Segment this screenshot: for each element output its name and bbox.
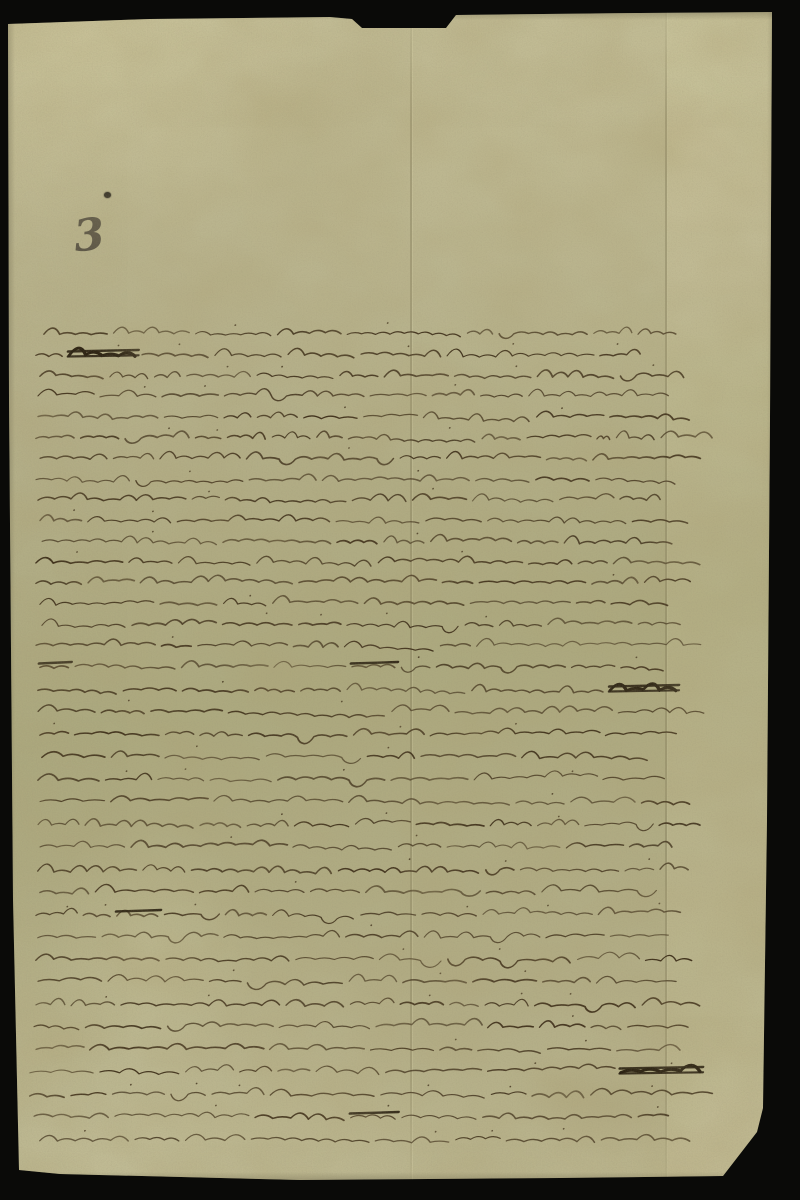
i-dot	[509, 1086, 511, 1088]
word-stroke	[140, 575, 294, 584]
word-stroke	[473, 979, 537, 982]
word-stroke	[37, 689, 117, 694]
word-stroke	[162, 394, 218, 397]
word-stroke	[465, 623, 494, 627]
i-dot	[234, 324, 236, 326]
word-stroke	[38, 864, 138, 872]
word-stroke	[520, 868, 619, 872]
word-stroke	[39, 662, 72, 664]
word-stroke	[142, 865, 186, 872]
word-stroke	[546, 458, 587, 461]
paper-stain	[40, 810, 260, 1090]
word-stroke	[35, 476, 130, 483]
word-stroke	[600, 350, 641, 356]
handwriting-line	[36, 574, 692, 584]
handwriting-line	[35, 636, 703, 651]
word-stroke	[356, 819, 412, 824]
i-dot	[84, 1130, 86, 1132]
word-stroke	[571, 797, 636, 803]
i-dot	[266, 612, 268, 614]
word-stroke	[440, 644, 470, 646]
i-dot	[172, 636, 174, 638]
i-dot	[230, 836, 232, 838]
i-dot	[652, 364, 654, 366]
word-stroke	[36, 998, 66, 1004]
word-stroke	[456, 1137, 501, 1140]
word-stroke	[40, 888, 90, 894]
word-stroke	[108, 975, 205, 982]
word-stroke	[155, 372, 182, 378]
word-stroke	[304, 416, 358, 419]
handwriting-line	[37, 488, 662, 503]
i-dot	[130, 1084, 132, 1086]
i-dot	[491, 1130, 493, 1132]
word-stroke	[75, 664, 176, 669]
word-stroke	[547, 1048, 611, 1050]
word-stroke	[350, 1112, 399, 1114]
handwriting-line	[41, 531, 674, 545]
word-stroke	[375, 1137, 450, 1143]
i-dot	[521, 993, 523, 995]
word-stroke	[488, 1064, 616, 1071]
word-stroke	[85, 819, 196, 828]
i-dot	[178, 343, 180, 345]
word-stroke	[416, 823, 485, 826]
word-stroke	[364, 598, 465, 605]
word-stroke	[270, 1089, 376, 1096]
ink-blot	[104, 192, 111, 198]
word-stroke	[380, 1091, 486, 1098]
paper-edge-shadow	[0, 1172, 800, 1182]
word-stroke	[344, 641, 436, 651]
i-dot	[612, 574, 614, 576]
word-stroke	[584, 822, 654, 831]
word-stroke	[71, 1000, 115, 1006]
word-stroke	[625, 868, 654, 871]
page-number: 3	[72, 213, 107, 260]
word-stroke	[178, 557, 252, 566]
word-stroke	[222, 623, 292, 626]
word-stroke	[361, 350, 442, 357]
word-stroke	[117, 910, 159, 916]
word-stroke	[83, 913, 111, 916]
word-stroke	[223, 539, 332, 544]
word-stroke	[34, 1113, 109, 1118]
scanned-letter-page: 3	[0, 0, 800, 1200]
word-stroke	[257, 412, 298, 418]
word-stroke	[532, 1091, 585, 1098]
fold-crease	[410, 0, 412, 1200]
i-dot	[417, 470, 419, 472]
word-stroke	[256, 556, 373, 566]
word-stroke	[348, 796, 511, 805]
word-stroke	[485, 999, 530, 1006]
word-stroke	[518, 541, 559, 544]
word-stroke	[577, 601, 606, 603]
word-stroke	[101, 932, 219, 943]
word-stroke	[361, 912, 416, 915]
word-stroke	[498, 332, 588, 338]
word-stroke	[471, 684, 604, 692]
word-stroke	[151, 709, 223, 712]
word-stroke	[166, 1022, 274, 1031]
word-stroke	[337, 540, 378, 544]
word-stroke	[479, 581, 586, 584]
i-dot	[208, 491, 210, 493]
i-dot	[558, 816, 560, 818]
word-stroke	[301, 688, 341, 691]
word-stroke	[68, 350, 139, 352]
handwriting-line	[36, 768, 666, 787]
word-stroke	[506, 1136, 596, 1142]
handwriting-line	[37, 656, 667, 673]
word-stroke	[40, 666, 69, 669]
i-dot	[196, 745, 198, 747]
word-stroke	[255, 688, 295, 692]
handwriting-line	[37, 406, 692, 421]
word-stroke	[317, 431, 344, 438]
i-dot	[215, 1105, 217, 1107]
word-stroke	[315, 1066, 380, 1074]
word-stroke	[354, 729, 426, 735]
word-stroke	[195, 436, 221, 438]
word-stroke	[88, 517, 172, 523]
word-stroke	[400, 666, 430, 672]
word-stroke	[370, 393, 426, 395]
word-stroke	[38, 493, 187, 501]
i-dot	[572, 1015, 574, 1017]
word-stroke	[131, 840, 288, 847]
word-stroke	[474, 771, 598, 780]
i-dot	[432, 488, 434, 490]
word-stroke	[227, 711, 385, 717]
word-stroke	[322, 475, 470, 481]
word-stroke	[540, 1021, 587, 1027]
word-stroke	[310, 889, 360, 893]
word-stroke	[400, 456, 441, 459]
word-stroke	[488, 1022, 534, 1027]
word-stroke	[182, 661, 269, 668]
i-dot	[427, 1084, 429, 1086]
i-dot	[281, 813, 283, 815]
word-stroke	[338, 866, 480, 873]
i-dot	[226, 366, 228, 368]
handwriting-line	[38, 723, 679, 744]
word-stroke	[293, 641, 339, 647]
handwriting-line	[43, 322, 679, 338]
word-stroke	[271, 910, 356, 924]
word-stroke	[36, 954, 161, 961]
word-stroke	[198, 641, 289, 646]
word-stroke	[426, 518, 482, 522]
i-dot	[651, 1085, 653, 1087]
word-stroke	[40, 598, 155, 605]
word-stroke	[256, 373, 334, 378]
handwriting-line	[37, 812, 703, 830]
i-dot	[454, 384, 456, 386]
word-stroke	[620, 667, 664, 671]
handwriting-line	[39, 1128, 692, 1143]
word-stroke	[36, 435, 75, 438]
word-stroke	[215, 349, 283, 357]
word-stroke	[386, 1069, 482, 1073]
word-stroke	[142, 353, 209, 357]
word-stroke	[158, 778, 205, 781]
word-stroke	[100, 390, 157, 397]
word-stroke	[346, 683, 467, 693]
word-stroke	[472, 494, 554, 502]
i-dot	[387, 1105, 389, 1107]
i-dot	[515, 365, 517, 367]
word-stroke	[30, 1070, 94, 1073]
word-stroke	[402, 1115, 477, 1119]
i-dot	[320, 614, 322, 616]
word-stroke	[591, 1026, 622, 1030]
i-dot	[387, 747, 389, 749]
i-dot	[466, 906, 468, 908]
word-stroke	[123, 688, 176, 691]
word-stroke	[521, 751, 649, 760]
word-stroke	[470, 601, 570, 604]
word-stroke	[42, 752, 106, 758]
word-stroke	[352, 494, 407, 501]
word-stroke	[274, 661, 347, 667]
word-stroke	[200, 732, 243, 736]
word-stroke	[610, 935, 668, 937]
word-stroke	[112, 1092, 165, 1095]
word-stroke	[68, 355, 139, 356]
fold-panel-light	[668, 0, 778, 1200]
i-dot	[499, 948, 501, 950]
word-stroke	[95, 884, 195, 892]
word-stroke	[111, 751, 160, 757]
word-stroke	[413, 494, 468, 500]
word-stroke	[278, 1069, 310, 1071]
word-stroke	[227, 432, 267, 439]
word-stroke	[603, 776, 665, 780]
i-dot	[281, 366, 283, 368]
word-stroke	[38, 977, 102, 981]
handwriting-line	[34, 903, 682, 924]
i-dot	[399, 726, 401, 728]
word-stroke	[346, 931, 419, 938]
word-stroke	[527, 435, 591, 438]
word-stroke	[349, 974, 398, 981]
word-stroke	[528, 560, 572, 565]
word-stroke	[246, 980, 343, 990]
word-stroke	[294, 822, 349, 827]
word-stroke	[200, 885, 251, 892]
word-stroke	[115, 1112, 250, 1117]
word-stroke	[499, 621, 542, 627]
handwriting-line	[40, 612, 683, 632]
word-stroke	[249, 474, 317, 481]
word-stroke	[440, 1047, 472, 1050]
word-stroke	[111, 796, 209, 802]
word-stroke	[38, 819, 80, 825]
fold-crease	[665, 0, 667, 1200]
handwriting-line	[39, 793, 692, 805]
paper-edge-shadow	[6, 0, 15, 1200]
handwriting-line	[39, 509, 690, 523]
word-stroke	[347, 332, 462, 337]
word-stroke	[36, 581, 82, 584]
word-stroke	[403, 980, 467, 983]
i-dot	[418, 656, 420, 658]
word-stroke	[200, 823, 242, 828]
word-stroke	[516, 801, 565, 804]
i-dot	[189, 471, 191, 473]
word-stroke	[225, 910, 267, 916]
word-stroke	[533, 1003, 636, 1012]
word-stroke	[546, 934, 604, 938]
word-stroke	[36, 354, 63, 357]
handwriting-line	[29, 1062, 705, 1074]
word-stroke	[296, 957, 374, 960]
word-stroke	[247, 820, 289, 826]
word-stroke	[430, 728, 601, 736]
word-stroke	[225, 497, 347, 502]
i-dot	[387, 322, 389, 324]
word-stroke	[491, 1092, 526, 1094]
word-stroke	[616, 431, 656, 440]
word-stroke	[536, 477, 590, 481]
word-stroke	[345, 621, 459, 632]
word-stroke	[348, 435, 477, 443]
word-stroke	[537, 411, 605, 417]
i-dot	[658, 903, 660, 905]
handwriting-line	[39, 835, 674, 850]
word-stroke	[116, 910, 161, 912]
i-dot	[194, 904, 196, 906]
word-stroke	[336, 517, 420, 523]
word-stroke	[135, 1137, 180, 1141]
word-stroke	[594, 327, 633, 333]
handwriting-line	[35, 343, 642, 358]
word-stroke	[482, 434, 521, 440]
word-stroke	[223, 389, 365, 401]
i-dot	[563, 1128, 565, 1130]
word-stroke	[186, 1065, 235, 1072]
word-stroke	[350, 998, 395, 1004]
word-stroke	[435, 663, 566, 673]
word-stroke	[265, 754, 362, 764]
handwriting-line	[33, 1015, 691, 1031]
handwriting-line	[35, 427, 715, 443]
i-dot	[386, 613, 388, 615]
i-dot	[216, 429, 218, 431]
word-stroke	[113, 327, 190, 334]
word-stroke	[543, 978, 592, 983]
handwriting-line	[35, 551, 703, 566]
word-stroke	[69, 348, 137, 356]
word-stroke	[30, 1094, 65, 1098]
word-stroke	[40, 732, 69, 736]
word-stroke	[88, 577, 135, 583]
word-stroke	[340, 371, 379, 377]
word-stroke	[99, 1069, 179, 1075]
word-stroke	[42, 619, 127, 627]
i-dot	[429, 995, 431, 997]
handwriting-line	[39, 364, 687, 381]
word-stroke	[278, 329, 343, 335]
handwriting-line	[37, 858, 691, 875]
word-stroke	[384, 536, 426, 543]
word-stroke	[560, 494, 615, 500]
word-stroke	[38, 774, 101, 781]
word-stroke	[169, 1093, 205, 1101]
word-stroke	[36, 558, 124, 564]
word-stroke	[90, 1044, 265, 1050]
word-stroke	[101, 710, 145, 714]
i-dot	[343, 769, 345, 771]
paper-edge-shadow	[767, 0, 776, 1200]
handwriting-line	[39, 881, 658, 897]
word-stroke	[447, 842, 561, 849]
i-dot	[551, 793, 553, 795]
word-stroke	[486, 891, 536, 895]
word-stroke	[548, 618, 633, 624]
i-dot	[348, 447, 350, 449]
word-stroke	[620, 495, 662, 501]
word-stroke	[299, 622, 342, 625]
word-stroke	[240, 1066, 273, 1072]
handwriting-line	[36, 969, 678, 989]
word-stroke	[81, 436, 120, 439]
word-stroke	[251, 1137, 370, 1142]
word-stroke	[36, 1046, 84, 1050]
i-dot	[547, 905, 549, 907]
word-stroke	[39, 371, 104, 379]
word-stroke	[40, 454, 108, 459]
word-stroke	[529, 389, 670, 396]
i-dot	[125, 770, 127, 772]
word-stroke	[400, 1002, 444, 1005]
word-stroke	[447, 349, 595, 357]
word-stroke	[74, 732, 159, 736]
i-dot	[485, 616, 487, 618]
word-stroke	[129, 558, 173, 563]
i-dot	[416, 533, 418, 535]
word-stroke	[36, 639, 156, 646]
word-stroke	[578, 952, 641, 959]
i-dot	[561, 407, 563, 409]
word-stroke	[537, 370, 615, 378]
word-stroke	[376, 1019, 483, 1027]
word-stroke	[477, 1049, 541, 1054]
word-stroke	[423, 412, 532, 422]
word-stroke	[292, 845, 392, 850]
i-dot	[73, 509, 75, 511]
handwriting-line	[37, 924, 671, 942]
i-dot	[657, 1106, 659, 1108]
word-stroke	[191, 866, 333, 874]
word-stroke	[483, 908, 594, 915]
word-stroke	[442, 581, 473, 583]
word-stroke	[398, 844, 441, 847]
word-stroke	[392, 705, 450, 712]
i-dot	[233, 969, 235, 971]
i-dot	[195, 1083, 197, 1085]
word-stroke	[224, 413, 252, 418]
word-stroke	[422, 913, 477, 917]
word-stroke	[71, 1093, 106, 1096]
word-stroke	[247, 733, 348, 743]
handwriting-line	[35, 1039, 682, 1054]
i-dot	[435, 1131, 437, 1133]
word-stroke	[279, 1022, 371, 1029]
word-stroke	[432, 390, 475, 396]
